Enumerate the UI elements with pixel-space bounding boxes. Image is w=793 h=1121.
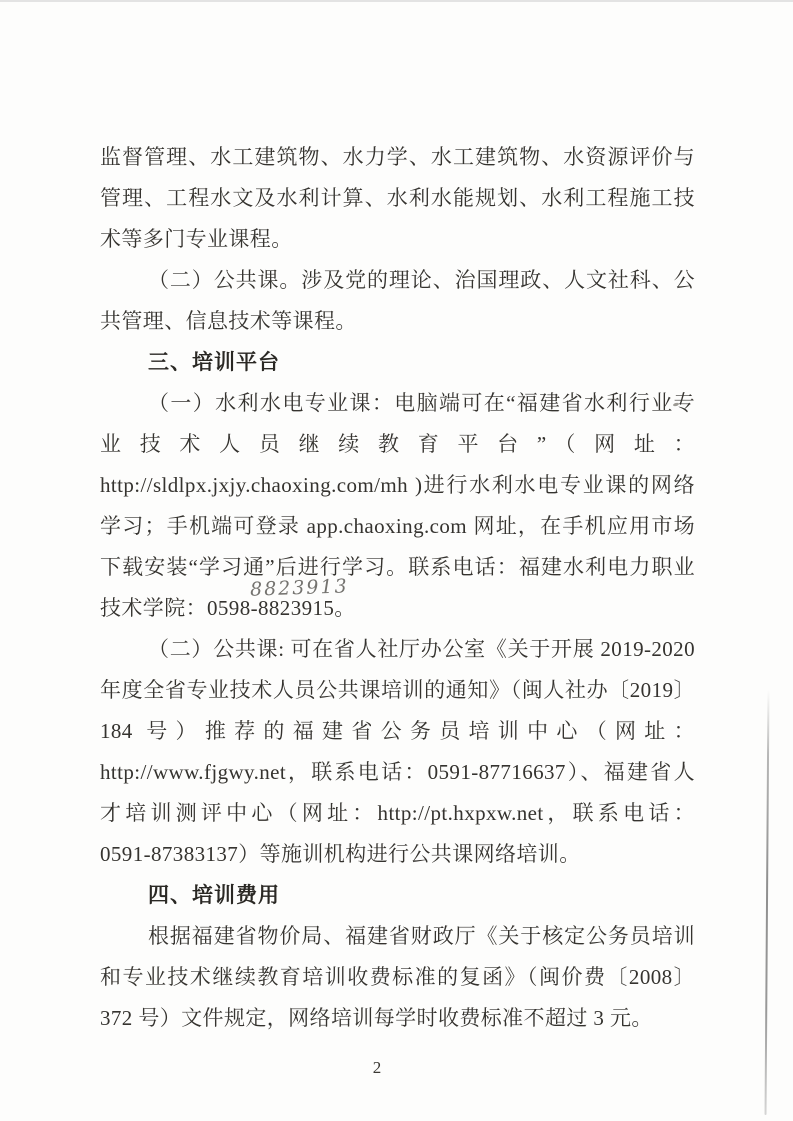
- document-line: 下载安装“学习通”后进行学习。联系电话：福建水利电力职业: [100, 547, 695, 588]
- document-line: 管理、工程水文及水利计算、水利水能规划、水利工程施工技: [100, 178, 695, 219]
- scan-fold-line-artifact: [765, 690, 770, 1115]
- document-line: 184 号）推荐的福建省公务员培训中心（网址：: [100, 711, 695, 752]
- document-line: 0591-87383137）等施训机构进行公共课网络培训。: [100, 834, 695, 875]
- section-heading: 三、培训平台: [100, 342, 695, 383]
- document-line: 和专业技术继续教育培训收费标准的复函》（闽价费〔2008〕: [100, 957, 695, 998]
- document-line: http://www.fjgwy.net，联系电话：0591-87716637）…: [100, 752, 695, 793]
- scan-top-edge-artifact: [0, 0, 793, 2]
- document-line: 学习；手机端可登录 app.chaoxing.com 网址，在手机应用市场: [100, 506, 695, 547]
- document-line: 年度全省专业技术人员公共课培训的通知》（闽人社办〔2019〕: [100, 670, 695, 711]
- scanned-document-page: 监督管理、水工建筑物、水力学、水工建筑物、水资源评价与管理、工程水文及水利计算、…: [0, 0, 793, 1121]
- handwritten-phone-annotation: 8823913: [250, 575, 351, 600]
- document-line: （二）公共课。涉及党的理论、治国理政、人文社科、公: [100, 260, 695, 301]
- section-heading: 四、培训费用: [100, 875, 695, 916]
- document-line: （二）公共课: 可在省人社厅办公室《关于开展 2019-2020: [100, 629, 695, 670]
- document-line: 监督管理、水工建筑物、水力学、水工建筑物、水资源评价与: [100, 137, 695, 178]
- document-line: http://sldlpx.jxjy.chaoxing.com/mh )进行水利…: [100, 465, 695, 506]
- document-line: 业技术人员继续教育平台”（网址：: [100, 424, 695, 465]
- document-line: 术等多门专业课程。: [100, 219, 695, 260]
- document-line: 372 号）文件规定，网络培训每学时收费标准不超过 3 元。: [100, 998, 695, 1039]
- document-line: 共管理、信息技术等课程。: [100, 301, 695, 342]
- document-line: 根据福建省物价局、福建省财政厅《关于核定公务员培训: [100, 916, 695, 957]
- page-number: 2: [337, 1058, 417, 1078]
- document-line: （一）水利水电专业课：电脑端可在“福建省水利行业专: [100, 383, 695, 424]
- document-line: 才培训测评中心（网址：http://pt.hxpxw.net，联系电话：: [100, 793, 695, 834]
- document-body: 监督管理、水工建筑物、水力学、水工建筑物、水资源评价与管理、工程水文及水利计算、…: [100, 137, 695, 1039]
- document-line: 技术学院：0598-8823915。: [100, 588, 695, 629]
